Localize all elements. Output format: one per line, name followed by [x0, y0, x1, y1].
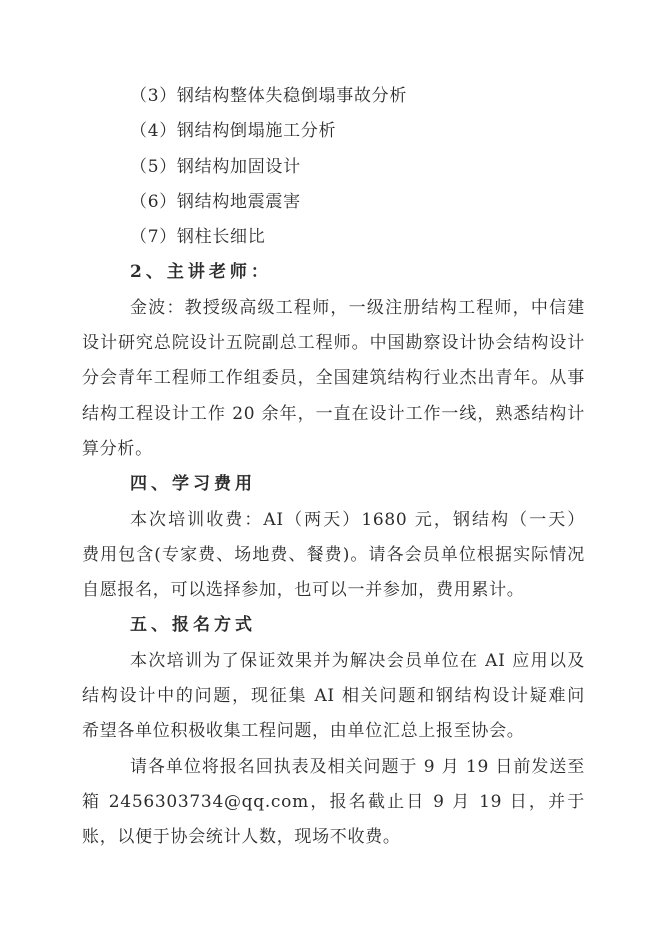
paragraph-fees-line-1: 本次培训收费：AI（两天）1680 元，钢结构（一天）840 元， [82, 503, 585, 538]
paragraph-fees-line-3: 自愿报名，可以选择参加，也可以一并参加，费用累计。 [82, 573, 585, 608]
paragraph-lecturer-line-3: 分会青年工程师工作组委员，全国建筑结构行业杰出青年。从事 [82, 361, 585, 396]
paragraph-lecturer-line-1: 金波：教授级高级工程师，一级注册结构工程师，中信建筑 [82, 291, 585, 326]
document-text-block: （3）钢结构整体失稳倒塌事故分析（4）钢结构倒塌施工分析（5）钢结构加固设计（6… [82, 79, 585, 856]
outline-item-7: （7）钢柱长细比 [82, 220, 585, 255]
paragraph-lecturer-line-2: 设计研究总院设计五院副总工程师。中国勘察设计协会结构设计 [82, 326, 585, 361]
paragraph-mailing-line-2: 箱 2456303734@qq.com，报名截止日 9 月 19 日，并于 19… [82, 785, 585, 820]
outline-item-5: （5）钢结构加固设计 [82, 150, 585, 185]
heading-registration: 五、报名方式 [82, 608, 585, 643]
paragraph-lecturer-line-5: 算分析。 [82, 432, 585, 467]
paragraph-lecturer-line-4: 结构工程设计工作 20 余年，一直在设计工作一线，熟悉结构计 [82, 397, 585, 432]
document-page: （3）钢结构整体失稳倒塌事故分析（4）钢结构倒塌施工分析（5）钢结构加固设计（6… [0, 0, 666, 941]
outline-item-3: （3）钢结构整体失稳倒塌事故分析 [82, 79, 585, 114]
paragraph-registration-line-1: 本次培训为了保证效果并为解决会员单位在 AI 应用以及钢 [82, 644, 585, 679]
paragraph-fees-line-2: 费用包含(专家费、场地费、餐费)。请各会员单位根据实际情况 [82, 538, 585, 573]
paragraph-mailing-line-3: 账，以便于协会统计人数，现场不收费。 [82, 820, 585, 855]
paragraph-registration-line-3: 希望各单位积极收集工程问题，由单位汇总上报至协会。 [82, 714, 585, 749]
paragraph-mailing-line-1: 请各单位将报名回执表及相关问题于 9 月 19 日前发送至邮 [82, 750, 585, 785]
paragraph-registration-line-2: 结构设计中的问题，现征集 AI 相关问题和钢结构设计疑难问题， [82, 679, 585, 714]
outline-item-6: （6）钢结构地震震害 [82, 185, 585, 220]
heading-fees: 四、学习费用 [82, 467, 585, 502]
outline-item-4: （4）钢结构倒塌施工分析 [82, 114, 585, 149]
subheading-lecturer: 2、主讲老师： [82, 255, 585, 290]
